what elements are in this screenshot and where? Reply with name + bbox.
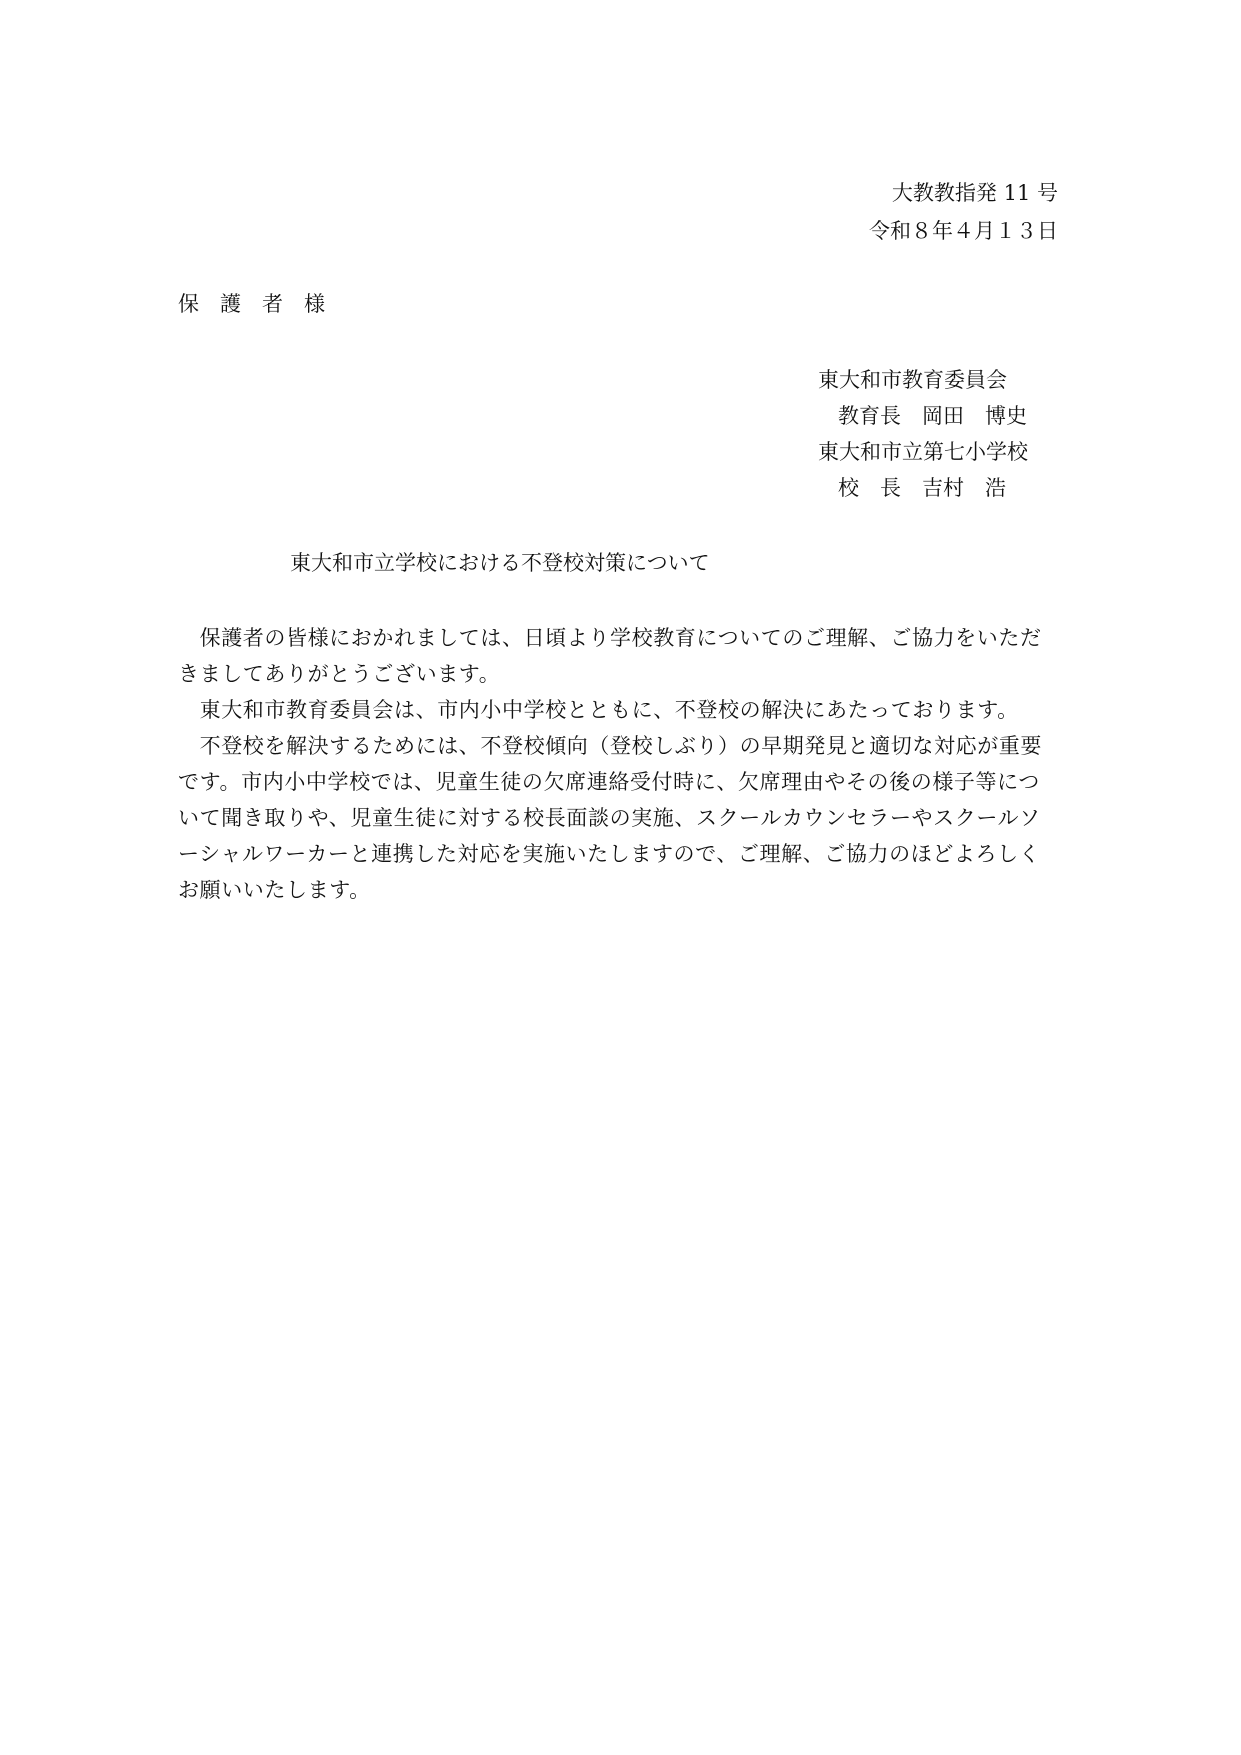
body-line: ーシャルワーカーと連携した対応を実施いたしますので、ご理解、ご協力のほどよろしく bbox=[178, 842, 1040, 866]
document-number: 大教教指発 11 号 bbox=[892, 181, 1058, 205]
body-line: お願いいたします。 bbox=[178, 878, 371, 902]
body-line: 不登校を解決するためには、不登校傾向（登校しぶり）の早期発見と適切な対応が重要 bbox=[178, 734, 1042, 758]
sender-organization: 東大和市教育委員会 bbox=[818, 368, 1007, 392]
body-line: 東大和市教育委員会は、市内小中学校とともに、不登校の解決にあたっております。 bbox=[178, 698, 1019, 722]
document-date: 令和８年４月１３日 bbox=[869, 219, 1058, 243]
sender-principal: 校 長 吉村 浩 bbox=[838, 476, 1006, 500]
body-line: 保護者の皆様におかれましては、日頃より学校教育についてのご理解、ご協力をいただ bbox=[178, 626, 1042, 650]
body-line: きましてありがとうございます。 bbox=[178, 662, 500, 686]
body-line: いて聞き取りや、児童生徒に対する校長面談の実施、スクールカウンセラーやスクールソ bbox=[178, 806, 1041, 830]
body-line: です。市内小中学校では、児童生徒の欠席連絡受付時に、欠席理由やその後の様子等につ bbox=[178, 770, 1040, 794]
sender-name: 教育長 岡田 博史 bbox=[838, 404, 1027, 428]
document-title: 東大和市立学校における不登校対策について bbox=[290, 551, 710, 575]
addressee: 保 護 者 様 bbox=[178, 292, 325, 316]
sender-school: 東大和市立第七小学校 bbox=[818, 440, 1028, 464]
